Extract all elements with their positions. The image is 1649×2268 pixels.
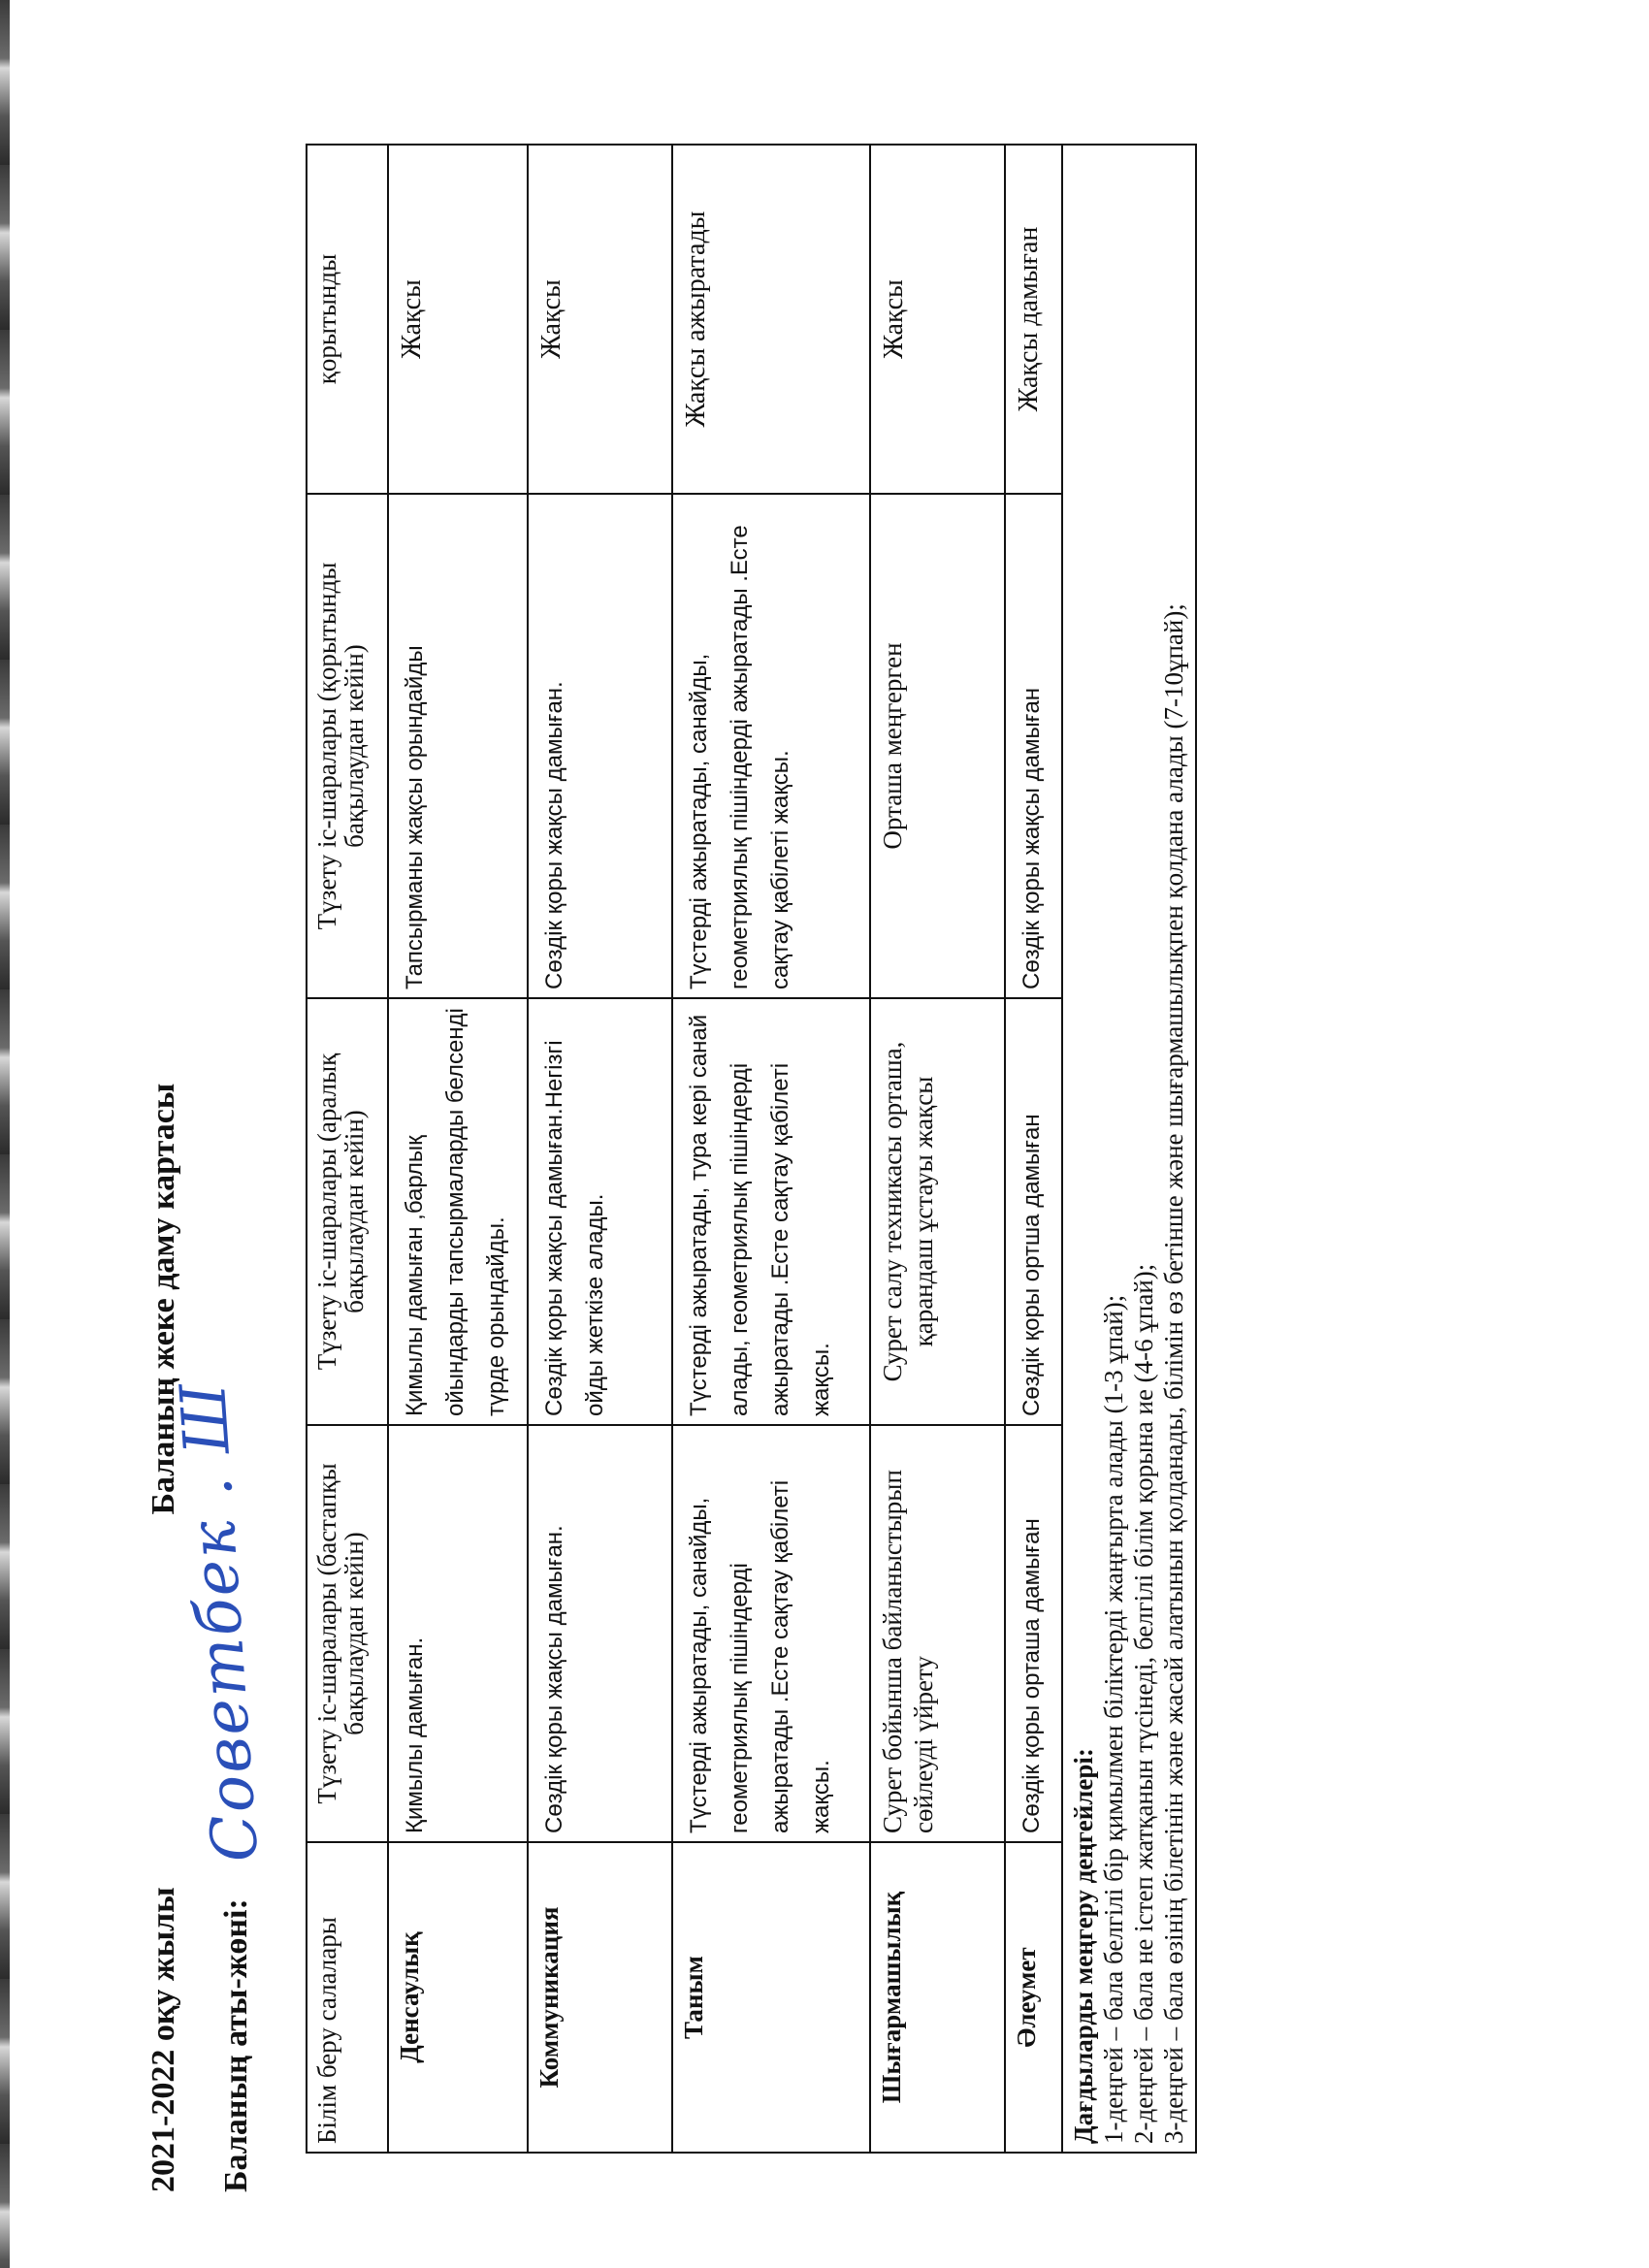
initial-cell: Сурет бойынша байланыстырып сөйлеуді үйр… xyxy=(870,1425,1005,1842)
legend-level-1: 1-деңгей – бала белгілі бір қимылмен біл… xyxy=(1099,153,1129,2144)
result-cell: Жақсы ажыратады xyxy=(672,145,870,494)
header-education-areas: Білім беру салалары xyxy=(307,1842,388,2153)
header-final-measures: Түзету іс-шаралары (қорытынды бақылаудан… xyxy=(307,494,388,998)
legend-level-3: 3-деңгей – бала өзінің білетінін және жа… xyxy=(1159,153,1189,2144)
initial-cell: Түстерді ажыратады, санайды, геометриялы… xyxy=(672,1425,870,1842)
legend-row: Дағдыларды меңгеру деңгейлері: 1-деңгей … xyxy=(1062,145,1196,2153)
intermediate-cell: Сөздік қоры ортша дамыған xyxy=(1005,998,1062,1425)
header-result: қорытынды xyxy=(307,145,388,494)
child-name-handwritten: Советбек . Ш xyxy=(168,1378,273,1863)
document-page: 2021-2022 оқу жылы Баланың жеке даму кар… xyxy=(126,78,1348,2192)
area-name: Денсаулық xyxy=(388,1842,528,2153)
area-name: Коммуникация xyxy=(528,1842,672,2153)
area-name: Әлеумет xyxy=(1005,1842,1062,2153)
header: 2021-2022 оқу жылы Баланың жеке даму кар… xyxy=(145,1084,182,2192)
table-row: Таным Түстерді ажыратады, санайды, геоме… xyxy=(672,145,870,2153)
result-cell: Жақсы xyxy=(870,145,1005,494)
intermediate-cell: Сурет салу техникасы орташа, қарандаш ұс… xyxy=(870,998,1005,1425)
final-cell: Сөздік қоры жақсы дамыған xyxy=(1005,494,1062,998)
table-header-row: Білім беру салалары Түзету іс-шаралары (… xyxy=(307,145,388,2153)
legend-level-2: 2-деңгей – бала не істеп жатқанын түсіне… xyxy=(1129,153,1159,2144)
result-cell: Жақсы дамыған xyxy=(1005,145,1062,494)
child-name-label: Баланың аты-жөні: xyxy=(218,1898,255,2192)
initial-cell: Сөздік қоры орташа дамыған xyxy=(1005,1425,1062,1842)
table-row: Денсаулық Қимылы дамыған. Қимылы дамыған… xyxy=(388,145,528,2153)
skill-levels-legend: Дағдыларды меңгеру деңгейлері: 1-деңгей … xyxy=(1062,145,1196,2153)
table-row: Әлеумет Сөздік қоры орташа дамыған Сөзді… xyxy=(1005,145,1062,2153)
initial-cell: Сөздік қоры жақсы дамыған. xyxy=(528,1425,672,1842)
area-name: Шығармашылық xyxy=(870,1842,1005,2153)
header-intermediate-measures: Түзету іс-шаралары (аралық бақылаудан ке… xyxy=(307,998,388,1425)
intermediate-cell: Түстерді ажыратады, тура кері санай алад… xyxy=(672,998,870,1425)
legend-title: Дағдыларды меңгеру деңгейлері: xyxy=(1069,153,1099,2144)
intermediate-cell: Сөздік қоры жақсы дамыған.Негізгі ойды ж… xyxy=(528,998,672,1425)
scan-edge-artifact xyxy=(0,0,10,2268)
initial-cell: Қимылы дамыған. xyxy=(388,1425,528,1842)
area-name: Таным xyxy=(672,1842,870,2153)
result-cell: Жақсы xyxy=(388,145,528,494)
header-initial-measures: Түзету іс-шаралары (бастапқы бақылаудан … xyxy=(307,1425,388,1842)
final-cell: Орташа меңгерген xyxy=(870,494,1005,998)
table-row: Коммуникация Сөздік қоры жақсы дамыған. … xyxy=(528,145,672,2153)
final-cell: Тапсырманы жақсы орындайды xyxy=(388,494,528,998)
final-cell: Сөздік қоры жақсы дамыған. xyxy=(528,494,672,998)
final-cell: Түстерді ажыратады, санайды, геометриялы… xyxy=(672,494,870,998)
table-row: Шығармашылық Сурет бойынша байланыстырып… xyxy=(870,145,1005,2153)
development-card-table: Білім беру салалары Түзету іс-шаралары (… xyxy=(306,144,1197,2154)
result-cell: Жақсы xyxy=(528,145,672,494)
academic-year: 2021-2022 оқу жылы xyxy=(145,1523,182,2192)
intermediate-cell: Қимылы дамыған ,барлық ойындарды тапсырм… xyxy=(388,998,528,1425)
